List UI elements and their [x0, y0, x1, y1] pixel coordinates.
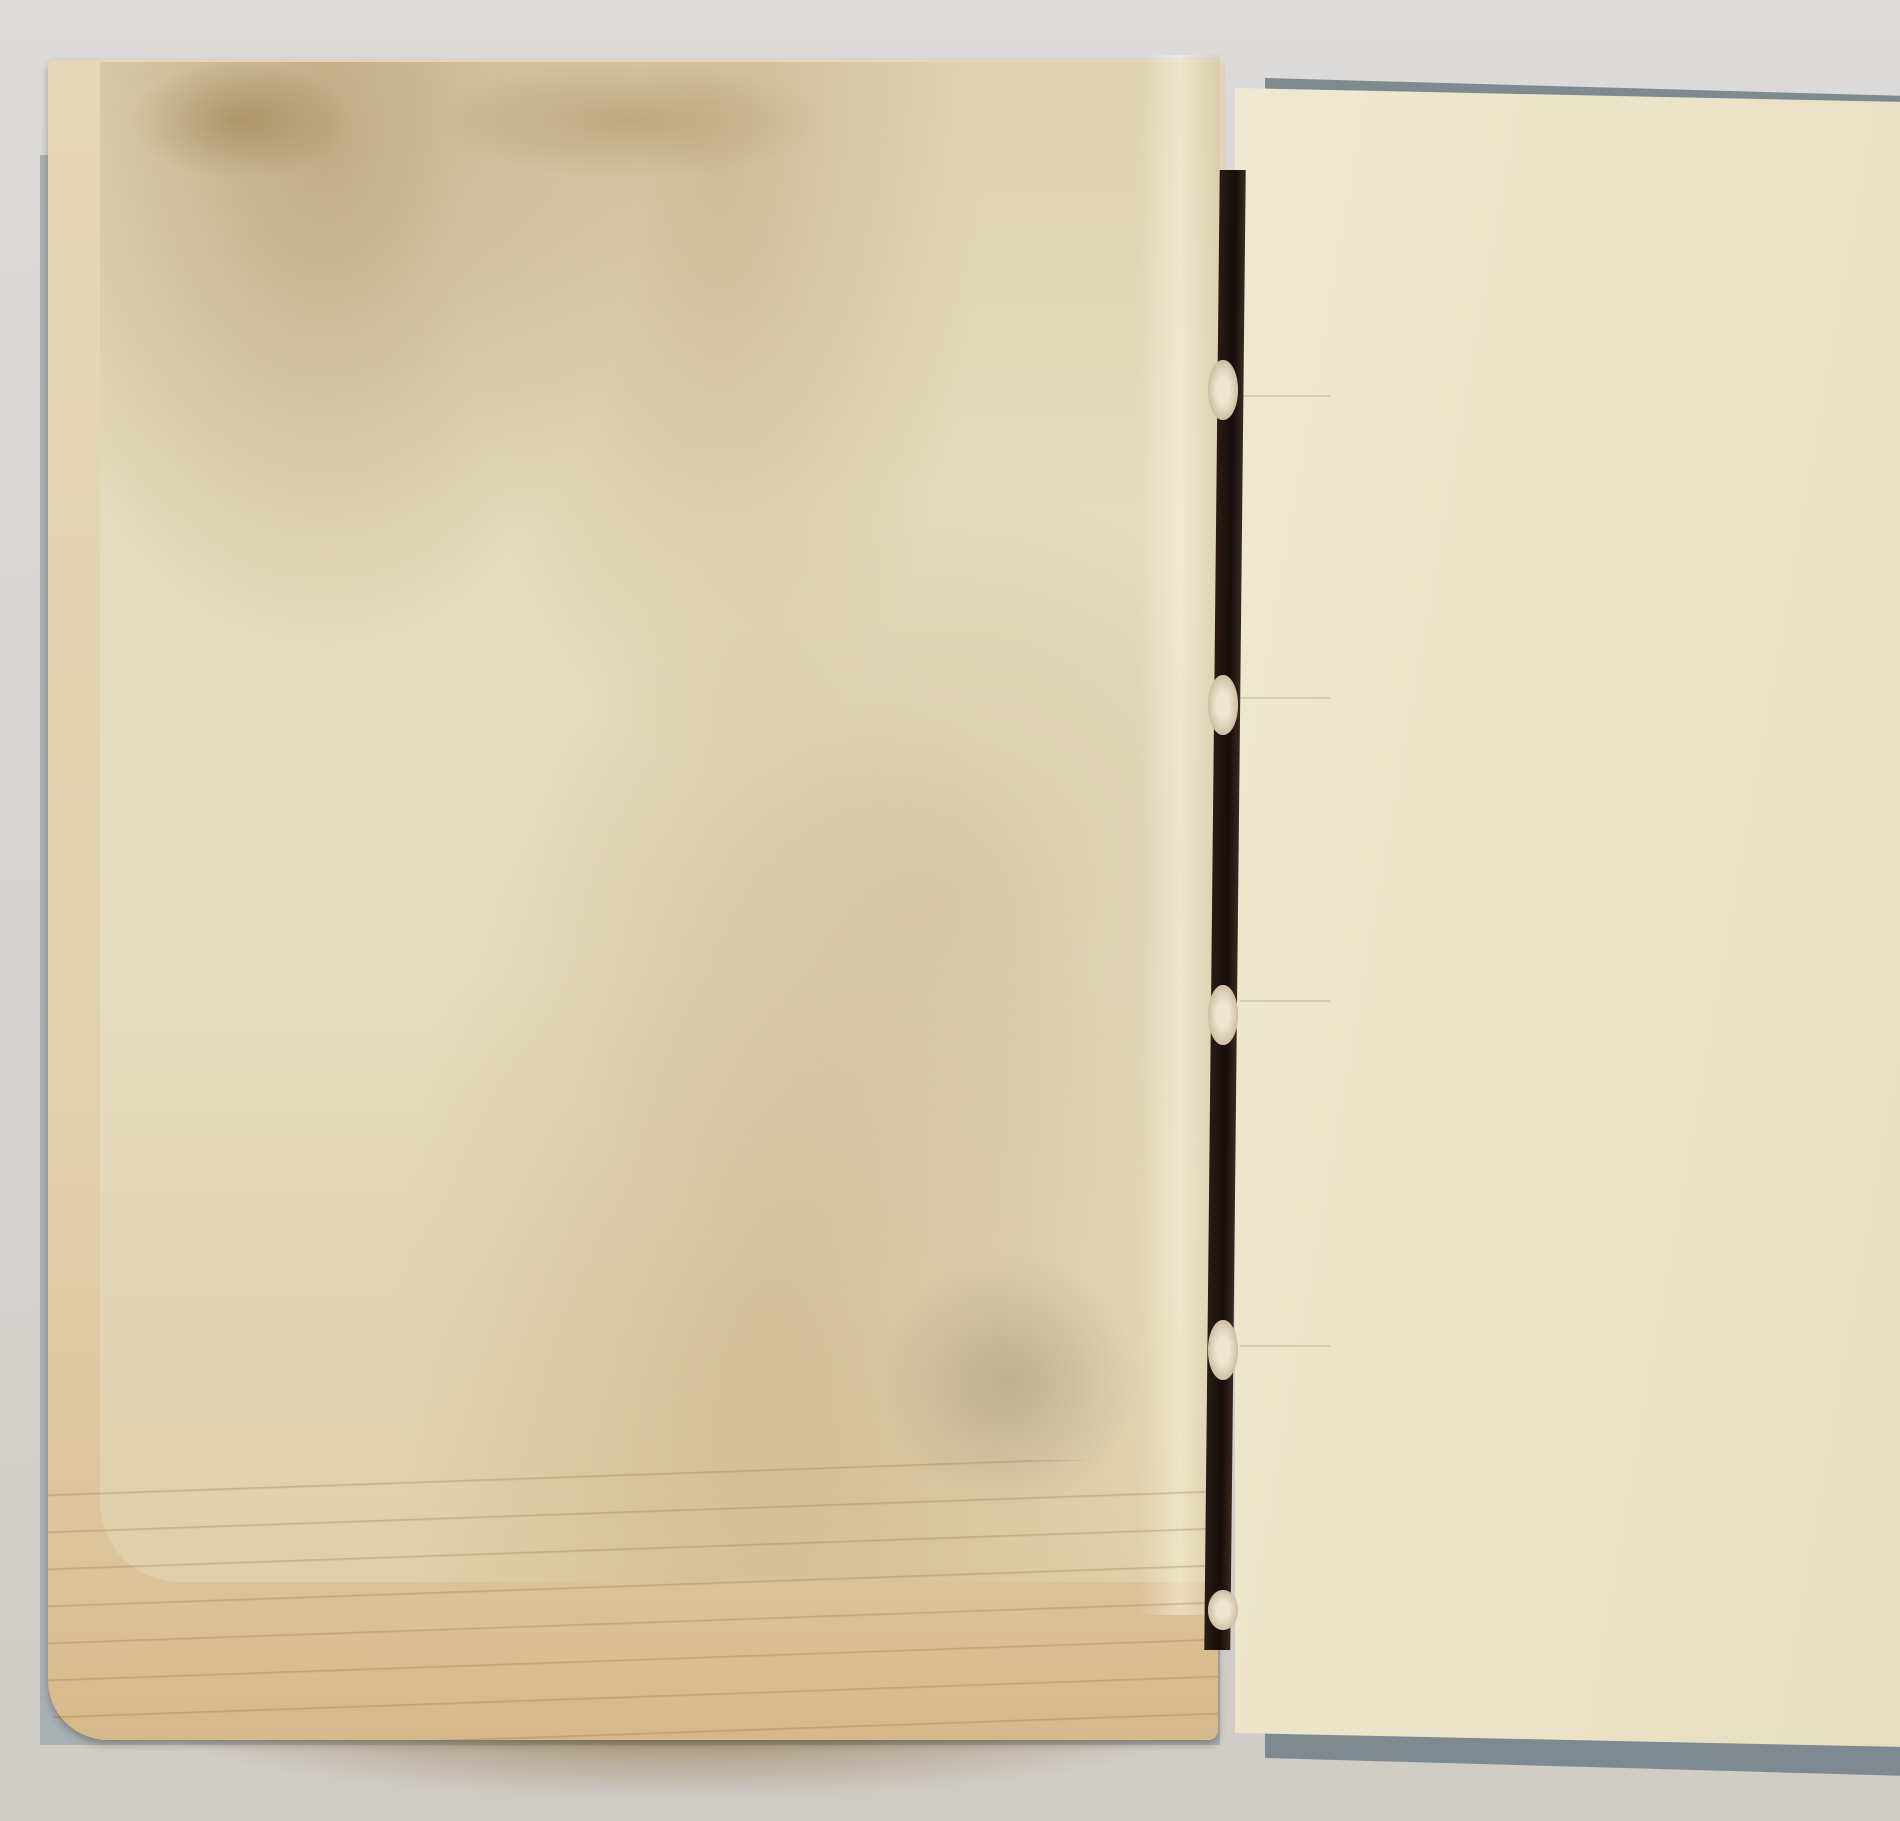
photo-scene — [0, 0, 1900, 1821]
binding-stitch — [1208, 985, 1238, 1045]
stain — [430, 60, 830, 180]
binding-stitch — [1208, 675, 1238, 735]
binding-stitch — [1208, 360, 1238, 420]
right-blank-page — [1235, 88, 1900, 1747]
fold-crease — [1240, 395, 1330, 397]
stain — [130, 60, 350, 180]
fold-crease — [1240, 697, 1330, 699]
ragged-page-edges — [48, 1460, 1218, 1740]
binding-stitch — [1208, 1590, 1238, 1630]
fold-crease — [1240, 1000, 1330, 1002]
fold-crease — [1240, 1345, 1330, 1347]
binding-stitch — [1208, 1320, 1238, 1380]
